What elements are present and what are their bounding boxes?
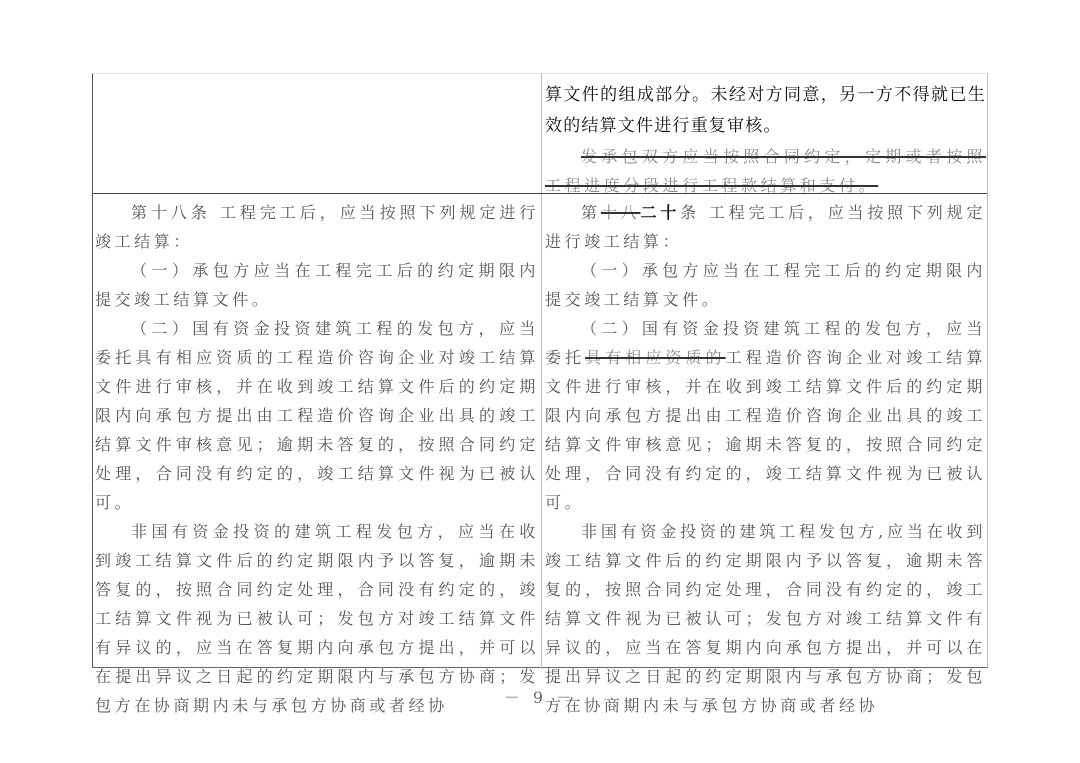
article-heading: 第十八二十条 工程完工后，应当按照下列规定进行竣工结算： [545,198,986,256]
deleted-text: 发承包双方应当按照合同约定，定期或者按照工程进度分段进行工程款结算和支付。 [545,147,986,195]
inserted-text: 二十 [640,203,680,222]
text: 工程造价咨询企业对竣工结算文件进行审核，并在收到竣工结算文件后的约定期限内向承包… [545,348,986,512]
deleted-paragraph: 发承包双方应当按照合同约定，定期或者按照工程进度分段进行工程款结算和支付。 [545,142,986,200]
page-number: － 9 － [0,685,1080,708]
table-row-1: 算文件的组成部分。未经对方同意，另一方不得就已生效的结算文件进行重复审核。 发承… [93,74,987,194]
table-row-2: 第十八条 工程完工后，应当按照下列规定进行竣工结算： （一）承包方应当在工程完工… [93,194,987,669]
revised-text-cell: 第十八二十条 工程完工后，应当按照下列规定进行竣工结算： （一）承包方应当在工程… [542,194,988,720]
article-heading: 第十八条 工程完工后，应当按照下列规定进行竣工结算： [95,198,539,256]
original-text-cell: 第十八条 工程完工后，应当按照下列规定进行竣工结算： （一）承包方应当在工程完工… [93,194,541,720]
clause-2: （二）国有资金投资建筑工程的发包方，应当委托具有相应资质的工程造价咨询企业对竣工… [95,314,539,517]
clause-1: （一）承包方应当在工程完工后的约定期限内提交竣工结算文件。 [545,256,986,314]
comparison-table: 算文件的组成部分。未经对方同意，另一方不得就已生效的结算文件进行重复审核。 发承… [92,73,988,668]
deleted-text: 具有相应资质的 [585,348,725,367]
clause-1: （一）承包方应当在工程完工后的约定期限内提交竣工结算文件。 [95,256,539,314]
deleted-text: 十八 [601,203,641,222]
revised-paragraph: 算文件的组成部分。未经对方同意，另一方不得就已生效的结算文件进行重复审核。 [545,80,986,142]
clause-2: （二）国有资金投资建筑工程的发包方，应当委托具有相应资质的工程造价咨询企业对竣工… [545,314,986,517]
revised-text-cell: 算文件的组成部分。未经对方同意，另一方不得就已生效的结算文件进行重复审核。 发承… [542,74,988,200]
text: 第 [581,203,601,222]
